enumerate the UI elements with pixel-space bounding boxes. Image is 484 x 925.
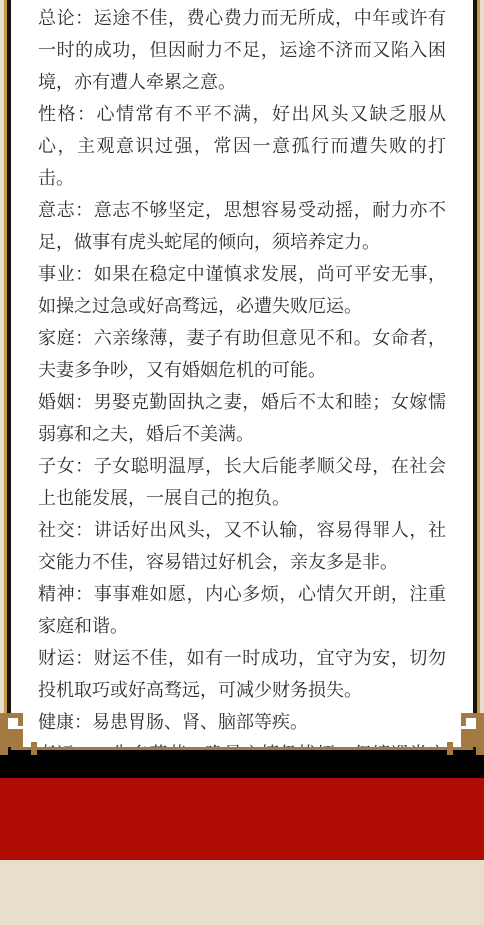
fortune-report-screen: 总论：运途不佳，费心费力而无所成，中年或许有一时的成功，但因耐力不足，运途不济而… bbox=[0, 0, 484, 925]
report-section: 社交：讲话好出风头，又不认输，容易得罪人，社交能力不佳，容易错过好机会，亲友多是… bbox=[38, 514, 446, 578]
section-text: 财运不佳，如有一时成功，宜守为安，切勿投机取巧或好高骛远，可减少财务损失。 bbox=[38, 648, 446, 700]
section-label: 财运： bbox=[38, 648, 94, 668]
report-section: 家庭：六亲缘薄，妻子有助但意见不和。女命者，夫妻多争吵，又有婚姻危机的可能。 bbox=[38, 322, 446, 386]
decorative-frame: 总论：运途不佳，费心费力而无所成，中年或许有一时的成功，但因耐力不足，运途不济而… bbox=[4, 0, 480, 750]
report-section: 意志：意志不够坚定，思想容易受动摇，耐力亦不足，做事有虎头蛇尾的倾向，须培养定力… bbox=[38, 194, 446, 258]
section-label: 婚姻： bbox=[38, 392, 94, 412]
report-section: 健康：易患胃肠、肾、脑部等疾。 bbox=[38, 706, 446, 738]
bottom-beige-area bbox=[0, 860, 484, 925]
report-section: 精神：事事难如愿，内心多烦，心情欠开朗，注重家庭和谐。 bbox=[38, 578, 446, 642]
section-label: 精神： bbox=[38, 584, 94, 604]
section-text: 运途不佳，费心费力而无所成，中年或许有一时的成功，但因耐力不足，运途不济而又陷入… bbox=[38, 8, 446, 92]
section-label: 意志： bbox=[38, 200, 94, 220]
decorative-frame-inner: 总论：运途不佳，费心费力而无所成，中年或许有一时的成功，但因耐力不足，运途不济而… bbox=[7, 0, 477, 750]
report-section: 婚姻：男娶克勤固执之妻，婚后不太和睦；女嫁懦弱寡和之夫，婚后不美满。 bbox=[38, 386, 446, 450]
report-section: 老运：一生多劳苦，晚景心情仍忧烦，但境遇尚安定。 bbox=[38, 738, 446, 750]
section-text: 讲话好出风头，又不认输，容易得罪人，社交能力不佳，容易错过好机会，亲友多是非。 bbox=[38, 520, 446, 572]
report-section: 性格：心情常有不平不满，好出风头又缺乏服从心，主观意识过强，常因一意孤行而遭失败… bbox=[38, 98, 446, 194]
report-paper: 总论：运途不佳，费心费力而无所成，中年或许有一时的成功，但因耐力不足，运途不济而… bbox=[11, 0, 473, 750]
report-section: 财运：财运不佳，如有一时成功，宜守为安，切勿投机取巧或好高骛远，可减少财务损失。 bbox=[38, 642, 446, 706]
report-section: 子女：子女聪明温厚，长大后能孝顺父母，在社会上也能发展，一展自己的抱负。 bbox=[38, 450, 446, 514]
section-label: 事业： bbox=[38, 264, 94, 284]
section-text: 子女聪明温厚，长大后能孝顺父母，在社会上也能发展，一展自己的抱负。 bbox=[38, 456, 446, 508]
report-body[interactable]: 总论：运途不佳，费心费力而无所成，中年或许有一时的成功，但因耐力不足，运途不济而… bbox=[38, 2, 446, 750]
section-label: 总论： bbox=[38, 8, 94, 28]
section-text: 如果在稳定中谨慎求发展，尚可平安无事，如操之过急或好高骛远，必遭失败厄运。 bbox=[38, 264, 446, 316]
section-text: 男娶克勤固执之妻，婚后不太和睦；女嫁懦弱寡和之夫，婚后不美满。 bbox=[38, 392, 446, 444]
section-label: 性格： bbox=[38, 104, 97, 124]
frame-corner-ornament-right bbox=[434, 705, 484, 755]
section-label: 家庭： bbox=[38, 328, 94, 348]
report-section: 事业：如果在稳定中谨慎求发展，尚可平安无事，如操之过急或好高骛远，必遭失败厄运。 bbox=[38, 258, 446, 322]
section-text: 六亲缘薄，妻子有助但意见不和。女命者，夫妻多争吵，又有婚姻危机的可能。 bbox=[38, 328, 446, 380]
section-text: 心情常有不平不满，好出风头又缺乏服从心，主观意识过强，常因一意孤行而遭失败的打击… bbox=[38, 104, 446, 188]
report-section: 总论：运途不佳，费心费力而无所成，中年或许有一时的成功，但因耐力不足，运途不济而… bbox=[38, 2, 446, 98]
section-text: 事事难如愿，内心多烦，心情欠开朗，注重家庭和谐。 bbox=[38, 584, 446, 636]
section-text: 易患胃肠、肾、脑部等疾。 bbox=[92, 712, 308, 732]
bottom-red-bar bbox=[0, 778, 484, 860]
section-label: 子女： bbox=[38, 456, 94, 476]
frame-corner-ornament-left bbox=[0, 705, 50, 755]
section-text: 意志不够坚定，思想容易受动摇，耐力亦不足，做事有虎头蛇尾的倾向，须培养定力。 bbox=[38, 200, 446, 252]
bottom-black-bar bbox=[0, 750, 484, 778]
section-label: 社交： bbox=[38, 520, 94, 540]
